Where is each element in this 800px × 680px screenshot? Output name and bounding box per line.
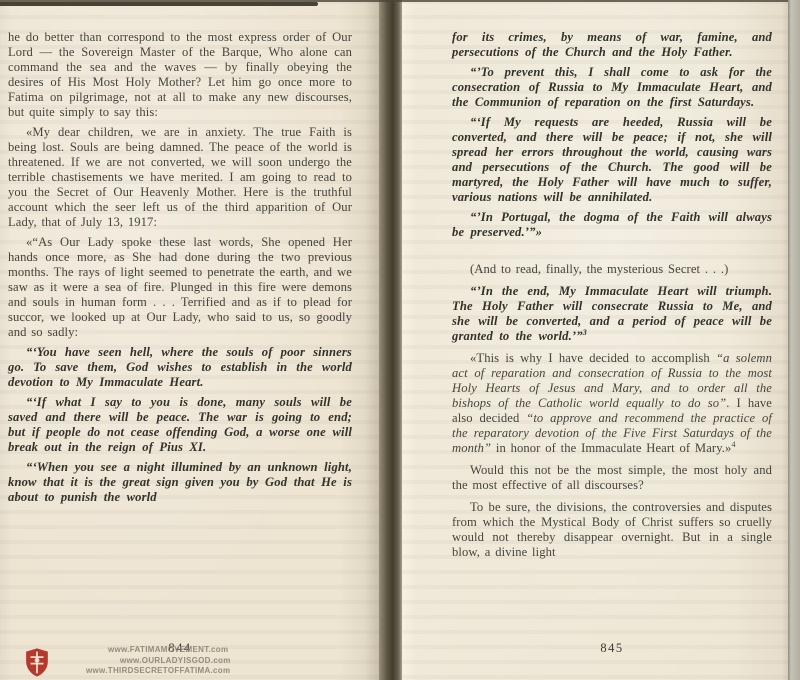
footnote-marker: 3 <box>583 328 587 337</box>
paragraph: “‘If what I say to you is done, many sou… <box>8 395 352 455</box>
paragraph: “’To prevent this, I shall come to ask f… <box>452 65 772 110</box>
book-spine-gutter <box>379 0 402 680</box>
watermark-url: www.OURLADYISGOD.com <box>120 656 231 667</box>
text-run: in honor of the Immaculate Heart of Mary… <box>491 441 731 455</box>
scanned-book-spread: he do better than correspond to the most… <box>0 0 800 680</box>
quote-text: “’In the end, My Immaculate Heart will t… <box>452 284 772 343</box>
watermark-footer: www.FATIMAMOVEMENT.com www.OURLADYISGOD.… <box>24 645 231 678</box>
paragraph: “’In Portugal, the dogma of the Faith wi… <box>452 210 772 240</box>
paragraph: «This is why I have decided to accomplis… <box>452 351 772 456</box>
watermark-urls: www.FATIMAMOVEMENT.com www.OURLADYISGOD.… <box>50 645 231 677</box>
watermark-url: www.THIRDSECRETOFFATIMA.com <box>86 666 231 677</box>
watermark-url: www.FATIMAMOVEMENT.com <box>108 645 231 656</box>
page-number-right: 845 <box>452 641 772 656</box>
paragraph: “‘If My requests are heeded, Russia will… <box>452 115 772 205</box>
scan-page-edge <box>788 0 800 680</box>
paragraph: (And to read, finally, the mysterious Se… <box>452 262 772 277</box>
paragraph: «“As Our Lady spoke these last words, Sh… <box>8 235 352 340</box>
paragraph: for its crimes, by means of war, famine,… <box>452 30 772 60</box>
paragraph: «My dear children, we are in anxiety. Th… <box>8 125 352 230</box>
paragraph: “’In the end, My Immaculate Heart will t… <box>452 284 772 344</box>
paragraph: “‘When you see a night illumined by an u… <box>8 460 352 505</box>
paragraph: To be sure, the divisions, the controver… <box>452 500 772 560</box>
scan-edge-line-left <box>0 2 318 6</box>
right-page-text-column: for its crimes, by means of war, famine,… <box>452 30 772 565</box>
footnote-marker: 4 <box>731 440 735 449</box>
crest-shield-icon <box>24 647 50 678</box>
paragraph: Would this not be the most simple, the m… <box>452 463 772 493</box>
text-run: «This is why I have decided to accomplis… <box>470 351 716 365</box>
paragraph: “‘You have seen hell, where the souls of… <box>8 345 352 390</box>
paragraph: he do better than correspond to the most… <box>8 30 352 120</box>
left-page-text-column: he do better than correspond to the most… <box>8 30 352 510</box>
